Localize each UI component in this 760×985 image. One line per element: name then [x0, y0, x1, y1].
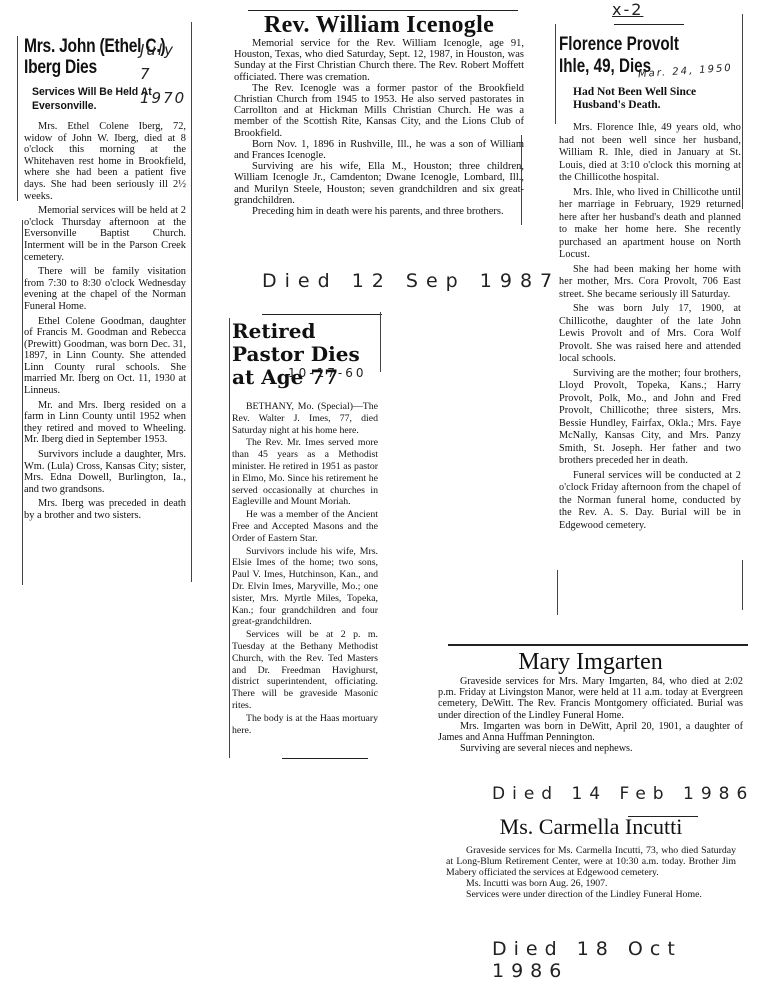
clipping-border — [248, 10, 518, 11]
paragraph: Memorial services will be held at 2 o'cl… — [24, 205, 186, 263]
end-rule — [282, 758, 368, 759]
paragraph: Mr. and Mrs. Iberg resided on a farm in … — [24, 400, 186, 446]
paragraph: Surviving are the mother; four brothers,… — [559, 368, 741, 468]
handwritten-date: Died 12 Sep 1987 — [262, 270, 560, 292]
paragraph: Survivors include a daughter, Mrs. Wm. (… — [24, 449, 186, 495]
paragraph: Surviving are his wife, Ella M., Houston… — [234, 161, 524, 206]
paragraph: Memorial service for the Rev. William Ic… — [234, 38, 524, 83]
paragraph: Survivors include his wife, Mrs. Elsie I… — [232, 546, 378, 629]
paragraph: BETHANY, Mo. (Special)—The Rev. Walter J… — [232, 401, 378, 436]
article-body: Memorial service for the Rev. William Ic… — [234, 38, 524, 217]
clipping-border — [742, 14, 743, 209]
paragraph: Surviving are several nieces and nephews… — [438, 743, 743, 754]
paragraph: There will be family visitation from 7:3… — [24, 266, 186, 312]
paragraph: Graveside services for Mrs. Mary Imgarte… — [438, 676, 743, 721]
handwritten-date: Died 14 Feb 1986 — [492, 784, 754, 804]
obituary-incutti: Ms. Carmella Incutti Graveside services … — [446, 814, 736, 900]
headline: Mary Imgarten — [438, 648, 743, 676]
paragraph: Graveside services for Ms. Carmella Incu… — [446, 845, 736, 878]
paragraph: Preceding him in death were his parents,… — [234, 206, 524, 217]
handwritten-date: July 7 1970 — [140, 38, 190, 110]
article-body: Mrs. Florence Ihle, 49 years old, who ha… — [559, 122, 741, 532]
clipping-border — [614, 24, 684, 25]
clipping-border — [229, 318, 230, 758]
clipping-border — [262, 314, 382, 315]
paragraph: Mrs. Iberg was preceded in death by a br… — [24, 498, 186, 521]
clipping-border — [555, 24, 556, 124]
paragraph: Mrs. Florence Ihle, 49 years old, who ha… — [559, 122, 741, 185]
paragraph: Funeral services will be conducted at 2 … — [559, 470, 741, 533]
obituary-ihle: Florence Provolt Ihle, 49, Dies Had Not … — [559, 34, 741, 534]
handwritten-date: 10-17-60 — [288, 366, 366, 380]
paragraph: Mrs. Ethel Colene Iberg, 72, widow of Jo… — [24, 121, 186, 202]
paragraph: Mrs. Imgarten was born in DeWitt, April … — [438, 721, 743, 743]
paragraph: The Rev. Mr. Imes served more than 45 ye… — [232, 437, 378, 508]
paragraph: He was a member of the Ancient Free and … — [232, 509, 378, 544]
paragraph: Mrs. Ihle, who lived in Chillicothe unti… — [559, 187, 741, 262]
clipping-border — [380, 312, 381, 372]
paragraph: Born Nov. 1, 1896 in Rushville, Ill., he… — [234, 139, 524, 161]
obituary-icenogle: Rev. William Icenogle Memorial service f… — [234, 12, 524, 217]
paragraph: Services were under direction of the Lin… — [446, 889, 736, 900]
paragraph: She was born July 17, 1900, at Chillicot… — [559, 303, 741, 366]
clipping-border — [557, 570, 558, 615]
headline: Rev. William Icenogle — [234, 12, 524, 38]
paragraph: She had been making her home with her mo… — [559, 264, 741, 302]
article-body: Mrs. Ethel Colene Iberg, 72, widow of Jo… — [24, 121, 186, 522]
clipping-border — [448, 644, 748, 646]
paragraph: Services will be at 2 p. m. Tuesday at t… — [232, 629, 378, 712]
handwritten-date: Died 18 Oct 1986 — [492, 938, 760, 982]
headline: Ms. Carmella Incutti — [446, 814, 736, 840]
handwritten-page-note: x-2 — [612, 0, 643, 19]
paragraph: Ms. Incutti was born Aug. 26, 1907. — [446, 878, 736, 889]
obituary-imgarten: Mary Imgarten Graveside services for Mrs… — [438, 648, 743, 754]
clipping-border — [191, 22, 192, 582]
clipping-border — [22, 220, 23, 585]
article-body: BETHANY, Mo. (Special)—The Rev. Walter J… — [232, 401, 378, 736]
paragraph: Ethel Colene Goodman, daughter of Franci… — [24, 316, 186, 397]
obituary-imes: Retired Pastor Dies at Age 77 BETHANY, M… — [232, 320, 378, 737]
clipping-border — [17, 36, 18, 201]
article-body: Graveside services for Mrs. Mary Imgarte… — [438, 676, 743, 754]
article-body: Graveside services for Ms. Carmella Incu… — [446, 845, 736, 900]
subhead: Had Not Been Well Since Husband's Death. — [573, 86, 723, 112]
paragraph: The Rev. Icenogle was a former pastor of… — [234, 83, 524, 139]
paragraph: The body is at the Haas mortuary here. — [232, 713, 378, 737]
clipping-border — [742, 560, 743, 610]
